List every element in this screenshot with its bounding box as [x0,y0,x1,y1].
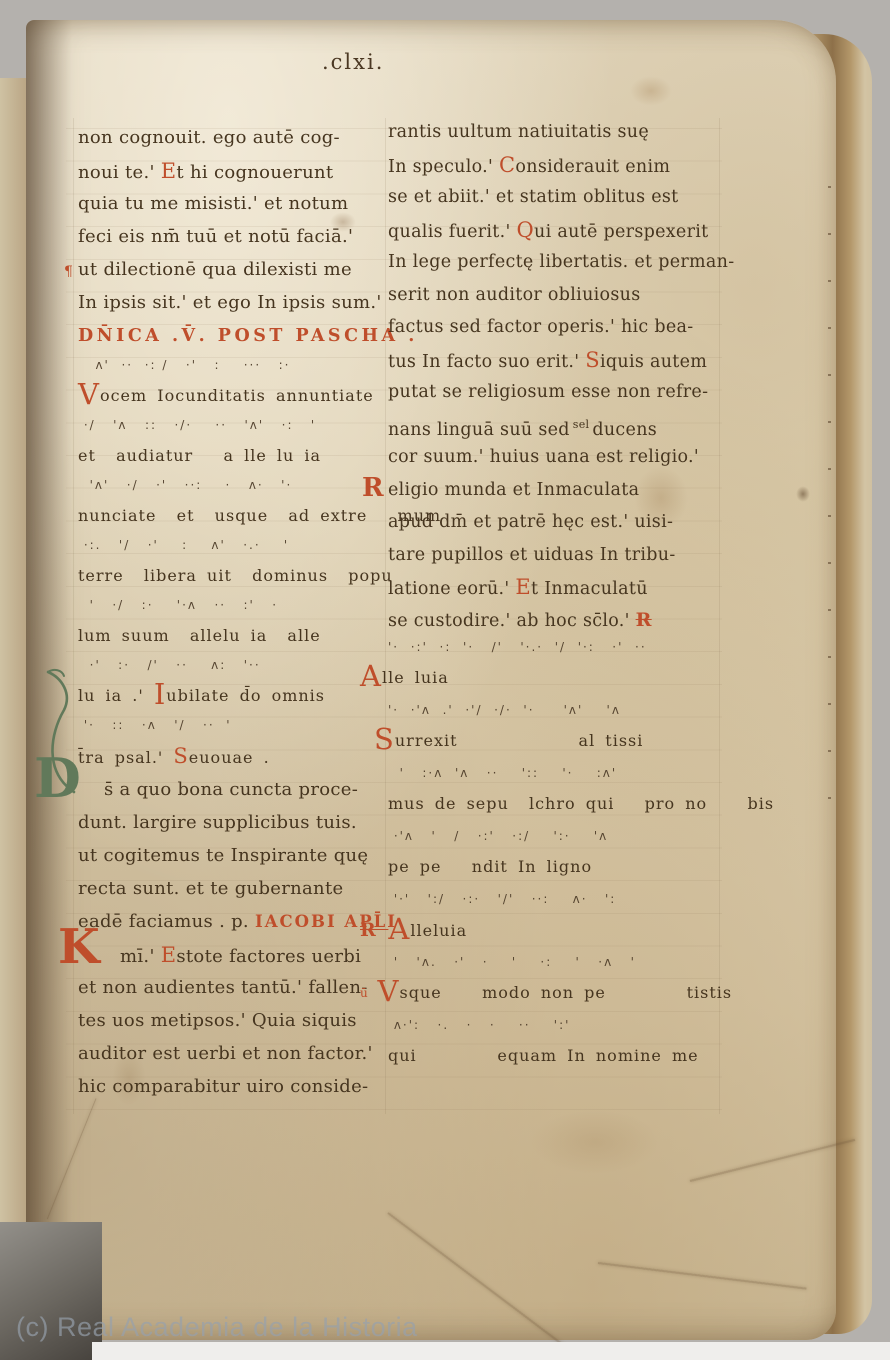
text-row: noui te.' Et hi cognouerunt [78,159,384,185]
text-seg: eadē faciamus . p. [78,911,255,932]
neume-row: ʌ·': ·. · · ·· ':' [388,1018,720,1044]
text-seg: recta sunt. et te gubernante [78,878,343,899]
text-row: ut cogitemus te Inspirante quę [78,844,384,868]
text-row: dunt. largire supplicibus tuis. [78,811,384,835]
prose-line: qualis fuerit.' Qui autē perspexerit [388,218,720,251]
text-row: tes uos metipsos.' Quia siquis [78,1009,384,1033]
neume-row: '· ·'ʌ .' ·'/ ·/· '· 'ʌ' 'ʌ [388,703,720,729]
text-seg: ut cogitemus te Inspirante quę [78,845,368,866]
prose-line: ut cogitemus te Inspirante quę [78,844,384,877]
prose-line: apud dm̄ et patrē hęc est.' uisi- [388,510,720,543]
prose-line: tare pupillos et uiduas In tribu- [388,543,720,576]
text-seg: ducens [592,419,657,439]
text-seg: cor suum.' huius uana est religio.' [388,447,699,467]
text-seg: serit non auditor obliuiosus [388,285,641,305]
prose-line: hic comparabitur uiro conside- [78,1075,384,1108]
text-row: apud dm̄ et patrē hęc est.' uisi- [388,510,720,534]
margin-rule-center [385,118,386,1114]
neume-row: ' :·ʌ 'ʌ ·· ':: '· :ʌ' [388,766,720,792]
neume-row: ' ·/ :· '·ʌ ·· :' · [78,598,384,624]
prose-line: nans linguā suū sedselducens [388,413,720,446]
text-seg: ubilate d̄o omnis [166,686,325,705]
text-row: et non audientes tantū.' fallen- [78,976,384,1000]
prose-line: et non audientes tantū.' fallen- [78,976,384,1009]
text-seg: quia tu me misisti.' et notum [78,193,348,214]
text-seg: pe pe ndit In ligno [388,857,592,876]
text-row: cor suum.' huius uana est religio.' [388,445,720,469]
text-seg: In lege perfectę libertatis. et perman- [388,252,734,272]
text-seg: E [515,575,531,599]
text-seg: se et abiit.' et statim oblitus est [388,187,678,207]
prose-line: latione eorū.' Et Inmaculatū [388,575,720,608]
text-row: tus In facto suo erit.' Siquis autem [388,348,720,374]
text-seg: nunciate et usque ad extre mum [78,506,441,525]
chant-line: ʌ·': ·. · · ·· ':'qui equam In nomine me [388,1018,720,1081]
text-row: qui equam In nomine me [388,1044,720,1068]
text-seg: ¶ [64,260,73,284]
text-row: factus sed factor operis.' hic bea- [388,315,720,339]
text-seg: lu ia .' [78,686,154,705]
text-row: qualis fuerit.' Qui autē perspexerit [388,218,720,244]
text-row: Ds̄ a quo bona cuncta proce- [78,778,384,802]
neume-row: 'ʌ' ·/ ·' ··: · ʌ· '· [78,478,384,504]
text-seg: In ipsis sit.' et ego In ipsis sum.' [78,292,382,313]
chant-line: '· ·:' ·: '· /' '·.· '/ '·: ·' ··Alle lu… [388,640,720,703]
illuminated-initial: R [362,476,384,500]
text-seg: ū [360,986,378,1000]
text-row: mus de sepu lchro qui pro no bis [388,792,720,816]
prose-line: se custodire.' ab hoc sc̄lo.' R [388,608,720,641]
pricking-holes [828,186,831,810]
text-row: Surrexit al tissi [388,729,720,753]
text-row: lu ia .' Iubilate d̄o omnis [78,684,384,708]
initial-letter: A [360,659,382,693]
text-row: non cognouit. ego autē cog- [78,126,384,150]
neume-row: '·' ':/ ·:· '/' ··: ʌ· ': [388,892,720,918]
neume-row: ʌ' ·· ·: / ·' : ··· :· [78,358,384,384]
text-seg: iquis autem [600,352,707,372]
text-row: recta sunt. et te gubernante [78,877,384,901]
prose-line: auditor est uerbi et non factor.' [78,1042,384,1075]
text-seg: qualis fuerit.' [388,222,516,242]
text-seg: noui te.' [78,162,161,183]
text-seg: lum suum allelu ia alle [78,626,321,645]
text-seg: rantis uultum natiuitatis suę [388,122,649,142]
text-row: pe pe ndit In ligno [388,855,720,879]
text-row: hic comparabitur uiro conside- [78,1075,384,1099]
text-seg: lle luia [382,668,449,687]
text-seg: onsiderauit enim [515,157,670,177]
text-seg: non cognouit. ego autē cog- [78,127,340,148]
text-row: se et abiit.' et statim oblitus est [388,185,720,209]
neume-row: ·/ 'ʌ :: ·/· ·· 'ʌ' ·: ' [78,418,384,444]
text-row: terre libera uit dominus popu [78,564,384,588]
neume-row: ' 'ʌ. ·' · ' ·: ' ·ʌ ' [388,955,720,981]
text-seg: ut dilectionē qua dilexisti me [78,259,352,280]
text-seg: feci eis nm̄ tuū et notū faciā.' [78,226,353,247]
scan-bed-strip [92,1342,890,1360]
text-row: Alle luia [388,666,720,690]
text-seg: tare pupillos et uiduas In tribu- [388,545,676,565]
chant-line: ·'ʌ ' / ·:' ·:/ ':· 'ʌpe pe ndit In lign… [388,829,720,892]
text-seg: t Inmaculatū [531,579,648,599]
text-seg: et audiatur a lle lu ia [78,446,321,465]
text-seg: putat se religiosum esse non refre- [388,382,708,402]
neume-row: '· ·:' ·: '· /' '·.· '/ '·: ·' ·· [388,640,720,666]
text-row: Kmī.' Estote factores uerbi [78,943,384,969]
text-seg: tus In facto suo erit.' [388,352,585,372]
text-row: R Alleluia [388,918,720,943]
prose-line: Ds̄ a quo bona cuncta proce- [78,778,384,811]
text-seg: sque modo non pe tistis [400,983,733,1002]
text-seg: apud dm̄ et patrē hęc est.' uisi- [388,512,673,532]
prose-line: putat se religiosum esse non refre- [388,380,720,413]
text-row: feci eis nm̄ tuū et notū faciā.' [78,225,384,249]
text-seg: In speculo.' [388,157,499,177]
text-seg: lleluia [410,921,467,940]
prose-line: Religio munda et Inmaculata [388,478,720,511]
right-text-column: rantis uultum natiuitatis suęIn speculo.… [388,120,720,1081]
prose-line: tus In facto suo erit.' Siquis autem [388,348,720,381]
rubric-line: DN̄ICA .V̄. POST PASCHA . [78,324,384,358]
text-seg: ui autē perspexerit [534,222,708,242]
text-seg: ocem Iocunditatis annuntiate [100,386,374,405]
prose-line: recta sunt. et te gubernante [78,877,384,910]
text-row: In lege perfectę libertatis. et perman- [388,250,720,274]
text-seg: mus de sepu lchro qui pro no bis [388,794,774,813]
text-seg: auditor est uerbi et non factor.' [78,1043,373,1064]
text-seg: qui equam In nomine me [388,1046,699,1065]
chant-line: ʌ' ·· ·: / ·' : ··· :·Vocem Iocunditatis… [78,358,384,418]
text-seg: Q [516,218,534,242]
prose-line: In ipsis sit.' et ego In ipsis sum.' [78,291,384,324]
text-row: quia tu me misisti.' et notum [78,192,384,216]
text-row: auditor est uerbi et non factor.' [78,1042,384,1066]
text-row: putat se religiosum esse non refre- [388,380,720,404]
text-row: se custodire.' ab hoc sc̄lo.' R [388,608,720,633]
text-row: In speculo.' Considerauit enim [388,153,720,179]
chant-line: ' :·ʌ 'ʌ ·· ':: '· :ʌ'mus de sepu lchro … [388,766,720,829]
illuminated-initial: K [58,935,100,959]
chant-line: '·' ':/ ·:· '/' ··: ʌ· ':R Alleluia [388,892,720,955]
chant-line: '· :: ·ʌ '/ ·· 't̄ra psal.' Seuouae . [78,718,384,778]
left-text-column: non cognouit. ego autē cog-noui te.' Et … [78,126,384,1108]
neume-row: ·'ʌ ' / ·:' ·:/ ':· 'ʌ [388,829,720,855]
text-seg: urrexit al tissi [395,731,644,750]
chant-line: ·' :· /' ·· ʌ: '··lu ia .' Iubilate d̄o … [78,658,384,718]
text-seg: se custodire.' ab hoc sc̄lo.' [388,611,636,631]
text-row: t̄ra psal.' Seuouae . [78,744,384,770]
chant-line: 'ʌ' ·/ ·' ··: · ʌ· '·nunciate et usque a… [78,478,384,538]
text-seg: E [161,159,177,183]
prose-line: feci eis nm̄ tuū et notū faciā.' [78,225,384,258]
text-row: tare pupillos et uiduas In tribu- [388,543,720,567]
prose-line: ¶ut dilectionē qua dilexisti me [78,258,384,291]
text-row: In ipsis sit.' et ego In ipsis sum.' [78,291,384,315]
text-seg: s̄ a quo bona cuncta proce- [104,779,358,800]
manuscript-photo: .clxi. non cognouit. ego autē cog-noui t… [0,0,890,1360]
text-row: DN̄ICA .V̄. POST PASCHA . [78,324,384,348]
text-row: eadē faciamus . p. IACOBI APL̄I [78,910,384,934]
prose-line: non cognouit. ego autē cog- [78,126,384,159]
text-row: ¶ut dilectionē qua dilexisti me [78,258,384,282]
illuminated-initial: D [34,766,81,790]
watermark: (c) Real Academia de la Historia [16,1312,418,1343]
text-row: rantis uultum natiuitatis suę [388,120,720,144]
prose-line: quia tu me misisti.' et notum [78,192,384,225]
prose-line: tes uos metipsos.' Quia siquis [78,1009,384,1042]
folio-number: .clxi. [322,50,384,74]
text-seg: tes uos metipsos.' Quia siquis [78,1010,357,1031]
text-seg: E [161,943,177,967]
text-seg: S [585,348,600,372]
text-seg: C [499,153,515,177]
text-row: lum suum allelu ia alle [78,624,384,648]
prose-line: factus sed factor operis.' hic bea- [388,315,720,348]
prose-line: In speculo.' Considerauit enim [388,153,720,186]
text-row: Religio munda et Inmaculata [388,478,720,502]
text-seg: euouae . [189,748,270,767]
text-seg: et non audientes tantū.' fallen- [78,977,368,998]
prose-line: rantis uultum natiuitatis suę [388,120,720,153]
chant-line: ' ·/ :· '·ʌ ·· :' ·lum suum allelu ia al… [78,598,384,658]
text-seg: S [173,744,188,768]
prose-line: Kmī.' Estote factores uerbi [78,943,384,976]
prose-line: serit non auditor obliuiosus [388,283,720,316]
prose-line: dunt. largire supplicibus tuis. [78,811,384,844]
text-row: et audiatur a lle lu ia [78,444,384,468]
prose-line: In lege perfectę libertatis. et perman- [388,250,720,283]
text-seg: mī.' [120,946,161,967]
text-seg: dunt. largire supplicibus tuis. [78,812,357,833]
text-seg: stote factores uerbi [176,946,361,967]
text-seg: t̄ra psal.' [78,748,173,767]
chant-line: ·:. '/ ·' : ʌ' ·.· 'terre libera uit dom… [78,538,384,598]
prose-line: eadē faciamus . p. IACOBI APL̄I [78,910,384,943]
text-row: nans linguā suū sedselducens [388,413,720,442]
chant-line: ·/ 'ʌ :: ·/· ·· 'ʌ' ·: 'et audiatur a ll… [78,418,384,478]
prose-line: se et abiit.' et statim oblitus est [388,185,720,218]
neume-row: ·:. '/ ·' : ʌ' ·.· ' [78,538,384,564]
chant-line: ' 'ʌ. ·' · ' ·: ' ·ʌ 'ū Vsque modo non p… [388,955,720,1018]
text-row: latione eorū.' Et Inmaculatū [388,575,720,601]
text-seg: terre libera uit dominus popu [78,566,393,585]
text-seg: DN̄ICA .V̄. POST PASCHA . [78,326,418,346]
text-seg: nans linguā suū sed [388,419,570,439]
prose-line: cor suum.' huius uana est religio.' [388,445,720,478]
text-seg: factus sed factor operis.' hic bea- [388,317,693,337]
text-seg: sel [573,418,590,431]
text-seg: R [636,609,652,631]
neume-row: ·' :· /' ·· ʌ: '·· [78,658,384,684]
text-row: Vocem Iocunditatis annuntiate [78,384,384,408]
chant-line: '· ·'ʌ .' ·'/ ·/· '· 'ʌ' 'ʌSurrexit al t… [388,703,720,766]
text-seg: R [360,919,388,941]
text-seg: latione eorū.' [388,579,515,599]
neume-row: '· :: ·ʌ '/ ·· ' [78,718,384,744]
text-seg: t hi cognouerunt [176,162,333,183]
text-row: serit non auditor obliuiosus [388,283,720,307]
text-seg: hic comparabitur uiro conside- [78,1076,368,1097]
text-seg: eligio munda et Inmaculata [388,480,639,500]
text-row: nunciate et usque ad extre mum [78,504,384,528]
prose-line: noui te.' Et hi cognouerunt [78,159,384,192]
text-row: ū Vsque modo non pe tistis [388,981,720,1005]
